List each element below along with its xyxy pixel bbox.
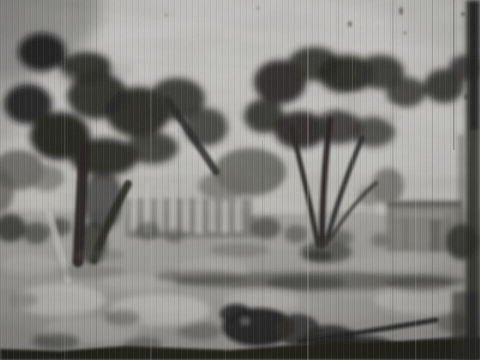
- vignette: [0, 0, 480, 360]
- film-frame: [0, 0, 480, 360]
- scene-svg: [0, 0, 480, 360]
